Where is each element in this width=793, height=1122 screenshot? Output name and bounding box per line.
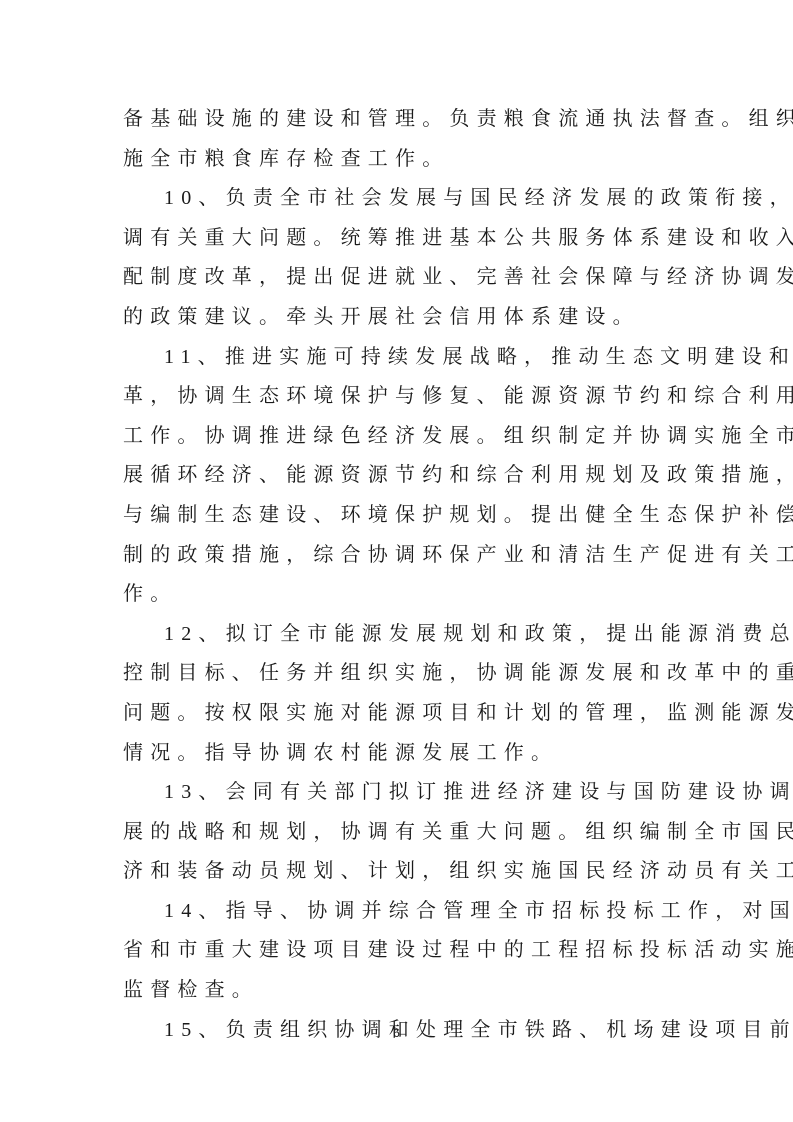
paragraph-item-14: 14、指导、协调并综合管理全市招标投标工作，对国家、 省和市重大建设项目建设过程…	[123, 892, 679, 1011]
text-line: 情况。指导协调农村能源发展工作。	[123, 734, 679, 774]
text-line: 调有关重大问题。统筹推进基本公共服务体系建设和收入分	[123, 219, 679, 259]
text-line: 工作。协调推进绿色经济发展。组织制定并协调实施全市发	[123, 417, 679, 457]
text-line: 问题。按权限实施对能源项目和计划的管理，监测能源发展	[123, 694, 679, 734]
text-line: 革，协调生态环境保护与修复、能源资源节约和综合利用等	[123, 377, 679, 417]
paragraph-continued: 备基础设施的建设和管理。负责粮食流通执法督查。组织实 施全市粮食库存检查工作。	[123, 100, 679, 179]
text-line: 12、拟订全市能源发展规划和政策，提出能源消费总量	[123, 615, 679, 655]
text-line: 14、指导、协调并综合管理全市招标投标工作，对国家、	[123, 892, 679, 932]
text-line: 济和装备动员规划、计划，组织实施国民经济动员有关工作。	[123, 852, 679, 892]
paragraph-item-10: 10、负责全市社会发展与国民经济发展的政策衔接，协 调有关重大问题。统筹推进基本…	[123, 179, 679, 337]
text-line: 配制度改革，提出促进就业、完善社会保障与经济协调发展	[123, 258, 679, 298]
text-line: 的政策建议。牵头开展社会信用体系建设。	[123, 298, 679, 338]
paragraph-item-13: 13、会同有关部门拟订推进经济建设与国防建设协调发 展的战略和规划，协调有关重大…	[123, 773, 679, 892]
text-line: 与编制生态建设、环境保护规划。提出健全生态保护补偿机	[123, 496, 679, 536]
text-line: 施全市粮食库存检查工作。	[123, 140, 679, 180]
text-line: 备基础设施的建设和管理。负责粮食流通执法督查。组织实	[123, 100, 679, 140]
text-line: 监督检查。	[123, 971, 679, 1011]
text-line: 展的战略和规划，协调有关重大问题。组织编制全市国民经	[123, 813, 679, 853]
text-line: 作。	[123, 575, 679, 615]
text-line: 10、负责全市社会发展与国民经济发展的政策衔接，协	[123, 179, 679, 219]
text-line: 省和市重大建设项目建设过程中的工程招标投标活动实施	[123, 931, 679, 971]
text-line: 展循环经济、能源资源节约和综合利用规划及政策措施，参	[123, 456, 679, 496]
text-line: 制的政策措施，综合协调环保产业和清洁生产促进有关工	[123, 536, 679, 576]
text-line: 11、推进实施可持续发展战略，推动生态文明建设和改	[123, 338, 679, 378]
paragraph-item-11: 11、推进实施可持续发展战略，推动生态文明建设和改 革，协调生态环境保护与修复、…	[123, 338, 679, 615]
text-line: 13、会同有关部门拟订推进经济建设与国防建设协调发	[123, 773, 679, 813]
page-number: 6	[0, 1026, 793, 1040]
text-line: 控制目标、任务并组织实施，协调能源发展和改革中的重大	[123, 654, 679, 694]
document-body: 备基础设施的建设和管理。负责粮食流通执法督查。组织实 施全市粮食库存检查工作。 …	[123, 100, 679, 1050]
document-page: 备基础设施的建设和管理。负责粮食流通执法督查。组织实 施全市粮食库存检查工作。 …	[0, 0, 793, 1122]
paragraph-item-12: 12、拟订全市能源发展规划和政策，提出能源消费总量 控制目标、任务并组织实施，协…	[123, 615, 679, 773]
